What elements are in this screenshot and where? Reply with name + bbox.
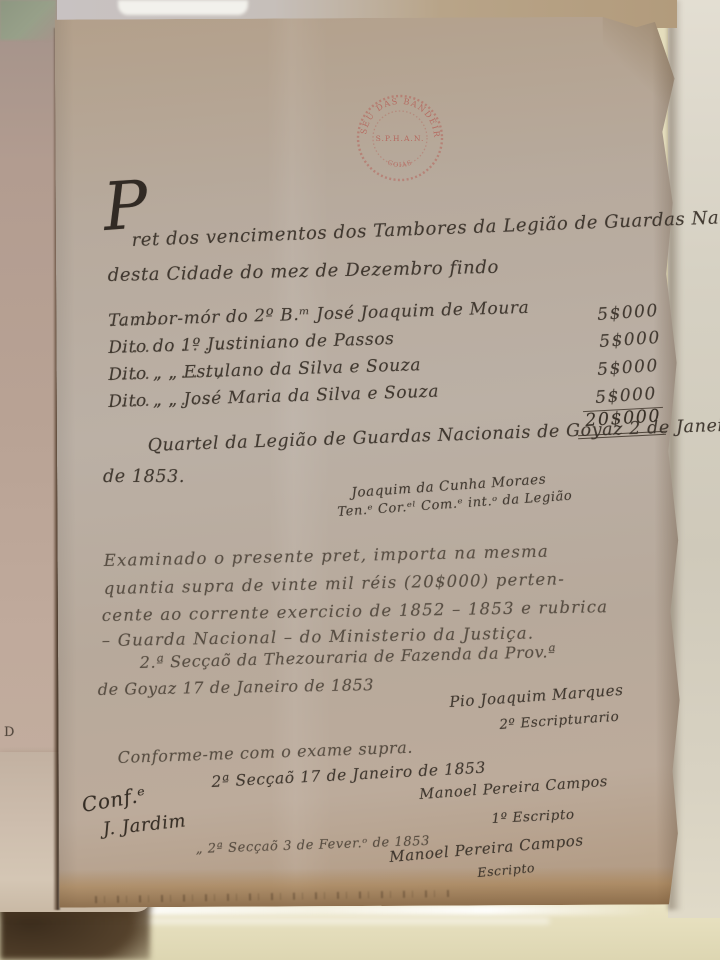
gloss-highlight-2 — [130, 918, 550, 924]
margin-mark: D — [4, 726, 15, 740]
dog-ear-fold — [603, 16, 673, 106]
place-date-line-2: de 1853. — [103, 468, 185, 487]
amount: 5$000 — [597, 357, 660, 380]
archive-stamp: MUSEU DAS BANDEIRAS GOIÁS S.P.H.A.N. — [352, 90, 448, 186]
green-page-corner — [0, 0, 56, 40]
svg-text:GOIÁS: GOIÁS — [386, 158, 414, 169]
photo-of-manuscript: MUSEU DAS BANDEIRAS GOIÁS S.P.H.A.N. P r… — [0, 0, 720, 960]
top-white-sliver — [118, 0, 248, 15]
svg-text:MUSEU DAS BANDEIRAS: MUSEU DAS BANDEIRAS — [352, 90, 442, 139]
dot-leader: . . . . . . . . . , — [108, 362, 223, 384]
amount: 5$000 — [599, 329, 662, 352]
dot-leader: . . . . . . . . . — [108, 390, 211, 412]
stamp-bottom-text: GOIÁS — [386, 158, 414, 169]
dot-leader: . . . . . . . . . . . — [108, 335, 235, 358]
stamp-center-text: S.P.H.A.N. — [376, 134, 425, 143]
stamp-arc-text: MUSEU DAS BANDEIRAS — [352, 90, 442, 139]
amount: 5$000 — [595, 385, 658, 408]
dot-leader: . . . . . . — [108, 310, 175, 331]
amount: 5$000 — [597, 302, 660, 325]
